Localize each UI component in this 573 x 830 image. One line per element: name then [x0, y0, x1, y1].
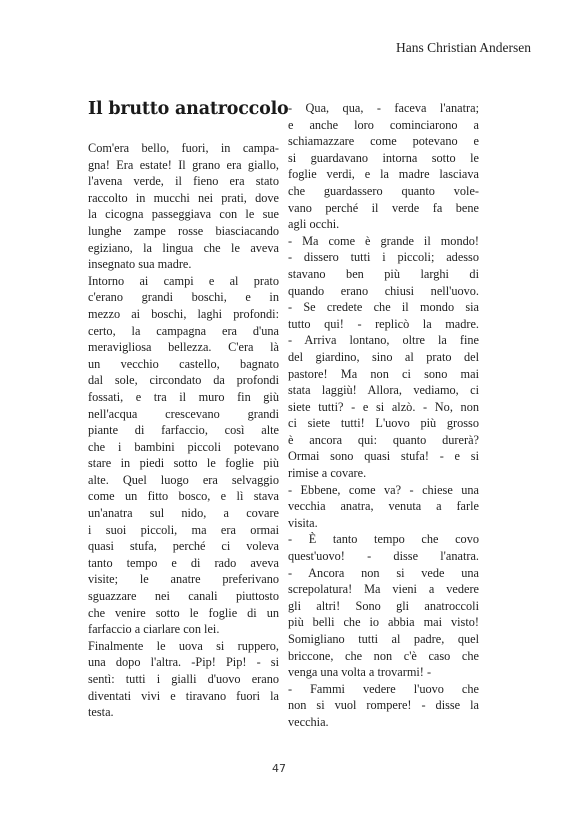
text-line: briccone, che non c'è caso che	[288, 648, 479, 665]
text-line: Com'era bello, fuori, in campa-	[88, 140, 279, 157]
text-line: che guardassero quanto vole-	[288, 183, 479, 200]
text-line: quest'uovo! - disse l'anatra.	[288, 548, 479, 565]
text-line: siete tutti? - e si alzò. - No, non	[288, 399, 479, 416]
text-line: schiamazzare come potevano e	[288, 133, 479, 150]
text-line: che venire sotto le foglie di un	[88, 605, 279, 622]
text-line: - Se credete che il mondo sia	[288, 299, 479, 316]
text-line: agli occhi.	[288, 216, 479, 233]
text-line: certo, la campagna era d'una	[88, 323, 279, 340]
text-line: Intorno ai campi e al prato	[88, 273, 279, 290]
text-line: foglie verdi, e la madre lasciava	[288, 166, 479, 183]
text-line: e anche loro cominciarono a	[288, 117, 479, 134]
text-line: venga una volta a trovarmi! -	[288, 664, 479, 681]
text-line: Ormai sono quasi stufa! - e si	[288, 448, 479, 465]
text-line: visita.	[288, 515, 479, 532]
text-line: lunghe zampe rosse biasciacando	[88, 223, 279, 240]
text-line: è ancora qui: quanto durerà?	[288, 432, 479, 449]
text-line: egiziano, la lingua che le aveva	[88, 240, 279, 257]
text-line: - Ma come è grande il mondo!	[288, 233, 479, 250]
text-line: l'avena verde, il fieno era stato	[88, 173, 279, 190]
text-line: ci siete tutti! L'uovo più grosso	[288, 415, 479, 432]
text-line: gli altri! Sono gli anatroccoli	[288, 598, 479, 615]
text-line: del giardino, sino al prato del	[288, 349, 479, 366]
text-line: Finalmente le uova si ruppero,	[88, 638, 279, 655]
text-line: diventati vivi e tiravano fuori la	[88, 688, 279, 705]
text-line: stare in piedi sotto le foglie più	[88, 455, 279, 472]
text-line: quando erano chiusi nell'uovo.	[288, 283, 479, 300]
running-header-author: Hans Christian Andersen	[396, 40, 531, 56]
text-line: che i bambini piccoli potevano	[88, 439, 279, 456]
text-line: tanto tempo e di rado aveva	[88, 555, 279, 572]
text-line: raccolto in mucchi nei prati, dove	[88, 190, 279, 207]
text-line: fossati, e tra il muro fin giù	[88, 389, 279, 406]
text-line: stavano ben più larghi di	[288, 266, 479, 283]
text-line: tutto qui! - replicò la madre.	[288, 316, 479, 333]
text-line: - Ancora non si vede una	[288, 565, 479, 582]
text-line: più belli che io abbia mai visto!	[288, 614, 479, 631]
text-line: visite; le anatre preferivano	[88, 571, 279, 588]
text-line: dal sole, circondato da profondi	[88, 372, 279, 389]
text-column-right: - Qua, qua, - faceva l'anatra;e anche lo…	[288, 100, 479, 731]
text-line: - dissero tutti i piccoli; adesso	[288, 249, 479, 266]
text-line: farfaccio a ciarlare con lei.	[88, 621, 279, 638]
text-line: piante di farfaccio, così alte	[88, 422, 279, 439]
text-line: rimise a covare.	[288, 465, 479, 482]
text-line: quasi stufa, perché ci voleva	[88, 538, 279, 555]
text-line: non si vuol rompere! - disse la	[288, 697, 479, 714]
text-line: meravigliosa bellezza. C'era là	[88, 339, 279, 356]
text-line: alte. Quel luogo era selvaggio	[88, 472, 279, 489]
text-column-left: Com'era bello, fuori, in campa-gna! Era …	[88, 140, 279, 721]
text-line: vano perché il verde fa bene	[288, 200, 479, 217]
text-line: screpolatura! Ma vieni a vedere	[288, 581, 479, 598]
text-line: Somigliano tutti al padre, quel	[288, 631, 479, 648]
text-line: insegnato sua madre.	[88, 256, 279, 273]
text-line: la cicogna passeggiava con le sue	[88, 206, 279, 223]
text-line: - Ebbene, come va? - chiese una	[288, 482, 479, 499]
page-number: 47	[272, 762, 286, 775]
text-line: - Fammi vedere l'uovo che	[288, 681, 479, 698]
text-line: pastore! Ma non ci sono mai	[288, 366, 479, 383]
text-line: nell'acqua crescevano grandi	[88, 406, 279, 423]
text-line: un vecchio castello, bagnato	[88, 356, 279, 373]
text-line: - È tanto tempo che covo	[288, 531, 479, 548]
text-line: un'anatra sul nido, a covare	[88, 505, 279, 522]
text-line: mezzo ai boschi, laghi profondi:	[88, 306, 279, 323]
text-line: sguazzare nei canali piuttosto	[88, 588, 279, 605]
text-line: stata laggiù! Allora, vediamo, ci	[288, 382, 479, 399]
text-line: testa.	[88, 704, 279, 721]
text-line: c'erano grandi boschi, e in	[88, 289, 279, 306]
text-line: i suoi piccoli, ma era ormai	[88, 522, 279, 539]
text-line: vecchia anatra, venuta a farle	[288, 498, 479, 515]
text-line: gna! Era estate! Il grano era giallo,	[88, 157, 279, 174]
text-line: - Arriva lontano, oltre la fine	[288, 332, 479, 349]
text-line: vecchia.	[288, 714, 479, 731]
text-line: - Qua, qua, - faceva l'anatra;	[288, 100, 479, 117]
text-line: si guardavano intorna sotto le	[288, 150, 479, 167]
text-line: sentì: tutti i gialli d'uovo erano	[88, 671, 279, 688]
text-line: una dopo l'altra. -Pip! Pip! - si	[88, 654, 279, 671]
story-title: Il brutto anatroccolo	[88, 99, 289, 119]
text-line: come un fitto bosco, e lì stava	[88, 488, 279, 505]
